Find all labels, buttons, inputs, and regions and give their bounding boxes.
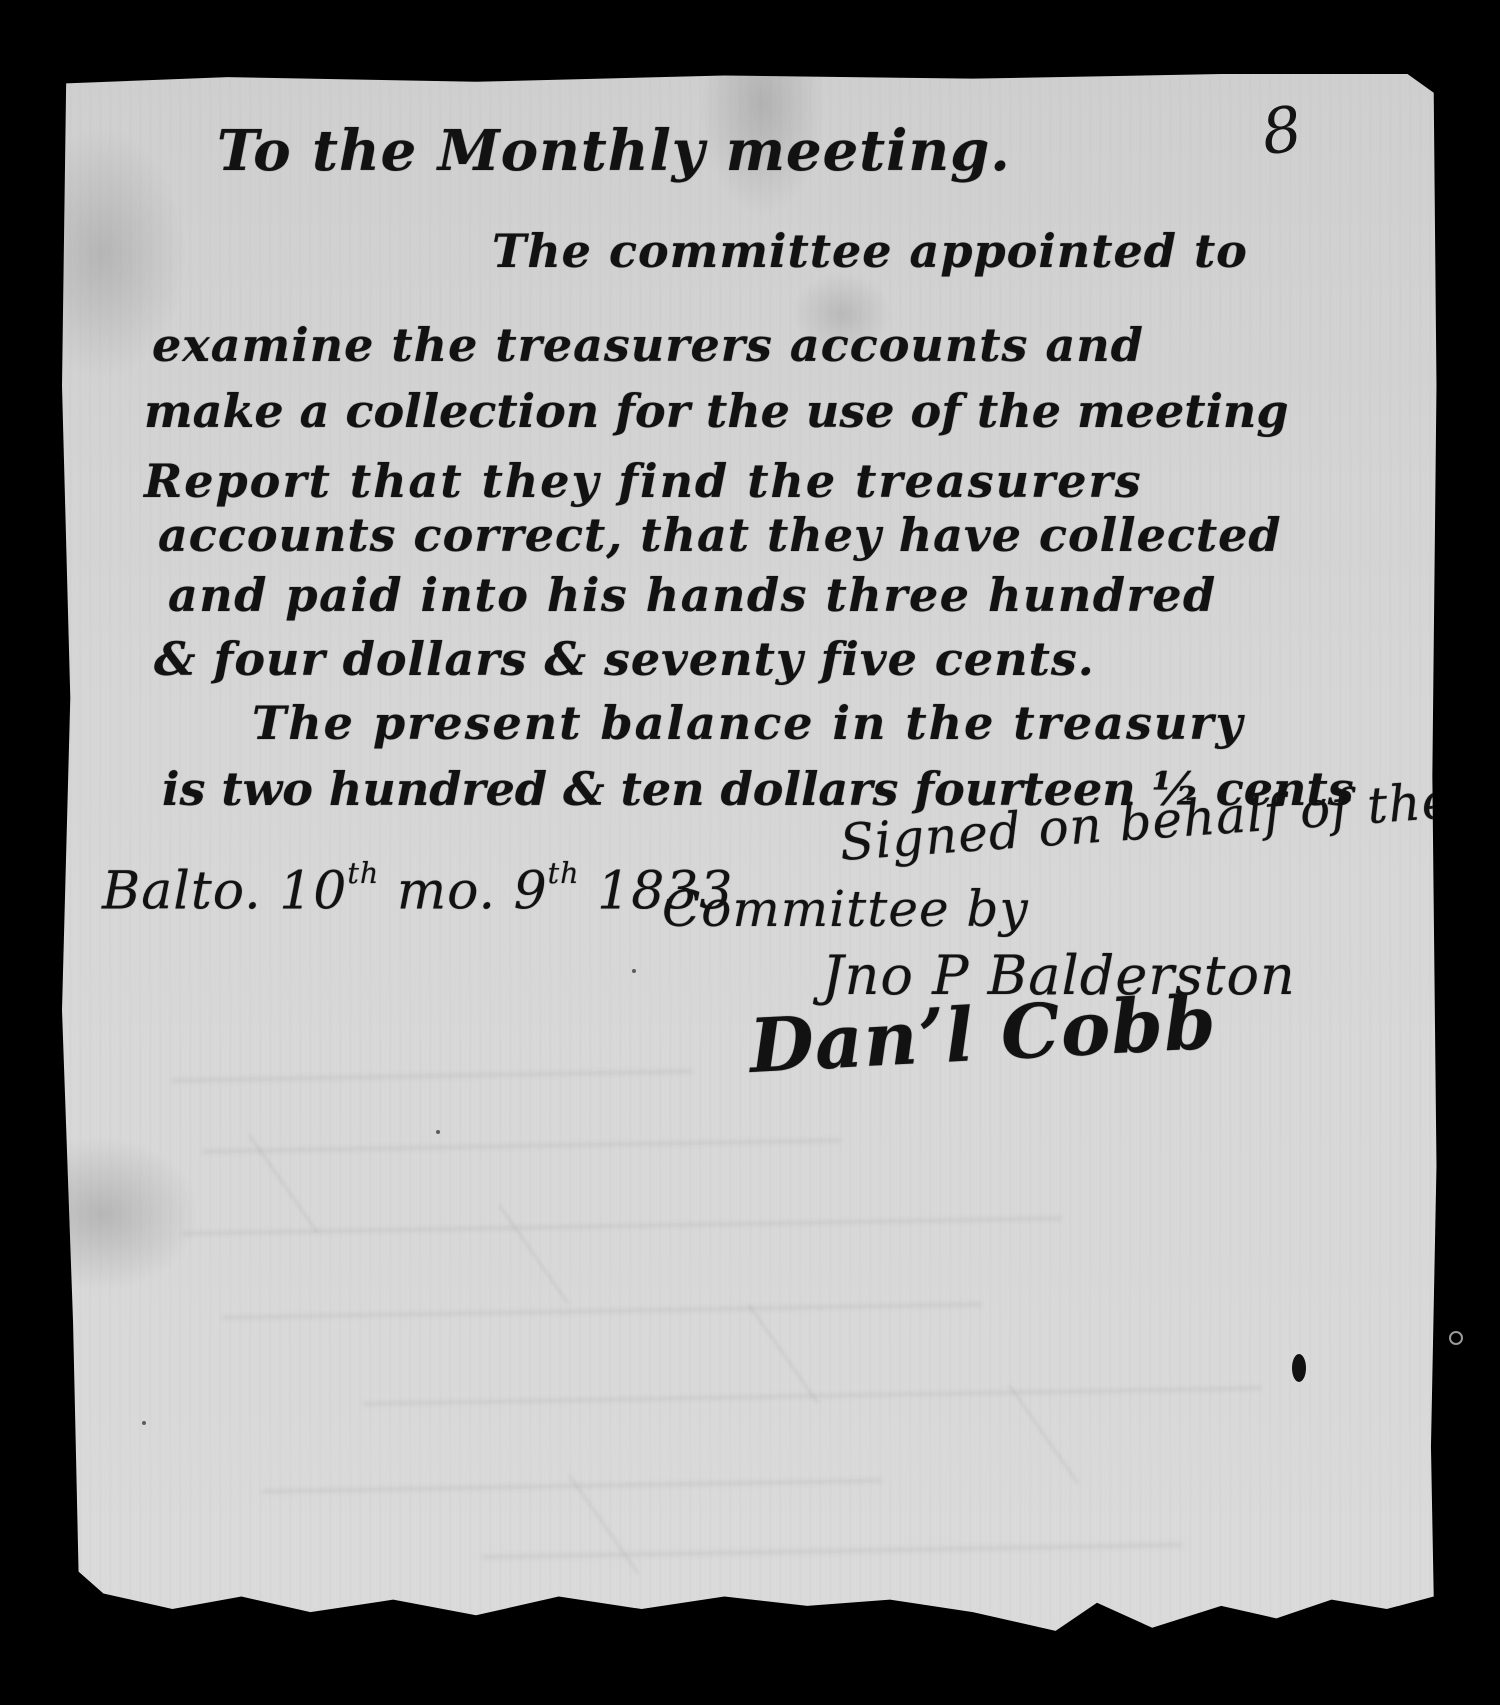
dateline-day-number: 9: [514, 862, 548, 922]
body-line-6: and paid into his hands three hundred: [168, 568, 1217, 622]
paper-speck: [436, 1130, 440, 1134]
body-line-5: accounts correct, that they have collect…: [158, 508, 1282, 562]
bleed-through-mark: [172, 1069, 692, 1082]
manuscript-page: 8 To the Monthly meeting. The committee …: [62, 74, 1442, 1634]
dateline-place: Balto.: [102, 862, 262, 922]
scan-background: 8 To the Monthly meeting. The committee …: [0, 0, 1500, 1705]
bleed-through-stroke: [498, 1204, 569, 1304]
bleed-through-mark: [482, 1543, 1182, 1559]
body-line-8: The present balance in the treasury: [252, 696, 1244, 750]
body-line-2: examine the treasurers accounts and: [152, 318, 1144, 372]
bleed-through-mark: [202, 1138, 842, 1153]
scan-artifact-dot: [1449, 1331, 1463, 1345]
dateline-month-suffix: th: [347, 856, 379, 890]
ink-blot: [1292, 1354, 1306, 1382]
dateline-month-word: mo.: [397, 862, 496, 922]
body-line-4: Report that they find the treasurers: [144, 454, 1143, 508]
salutation-line: To the Monthly meeting.: [217, 118, 1011, 184]
paper-speck: [142, 1421, 146, 1425]
body-line-7: & four dollars & seventy five cents.: [154, 632, 1095, 686]
bleed-through-stroke: [748, 1304, 819, 1404]
bleed-through-mark: [222, 1302, 982, 1319]
bleed-through-stroke: [568, 1474, 639, 1574]
page-number: 8: [1257, 92, 1306, 170]
paper-speck: [632, 969, 636, 973]
dateline-day-suffix: th: [548, 856, 580, 890]
committee-by-line: Committee by: [662, 880, 1029, 938]
signature-cobb: Danʼl Cobb: [747, 980, 1218, 1090]
bleed-through-stroke: [1008, 1384, 1079, 1484]
body-line-3: make a collection for the use of the mee…: [144, 384, 1289, 438]
dateline-month-number: 10: [279, 862, 347, 922]
dateline: Balto. 10th mo. 9th 1833: [102, 856, 733, 922]
body-line-1: The committee appointed to: [492, 224, 1248, 278]
